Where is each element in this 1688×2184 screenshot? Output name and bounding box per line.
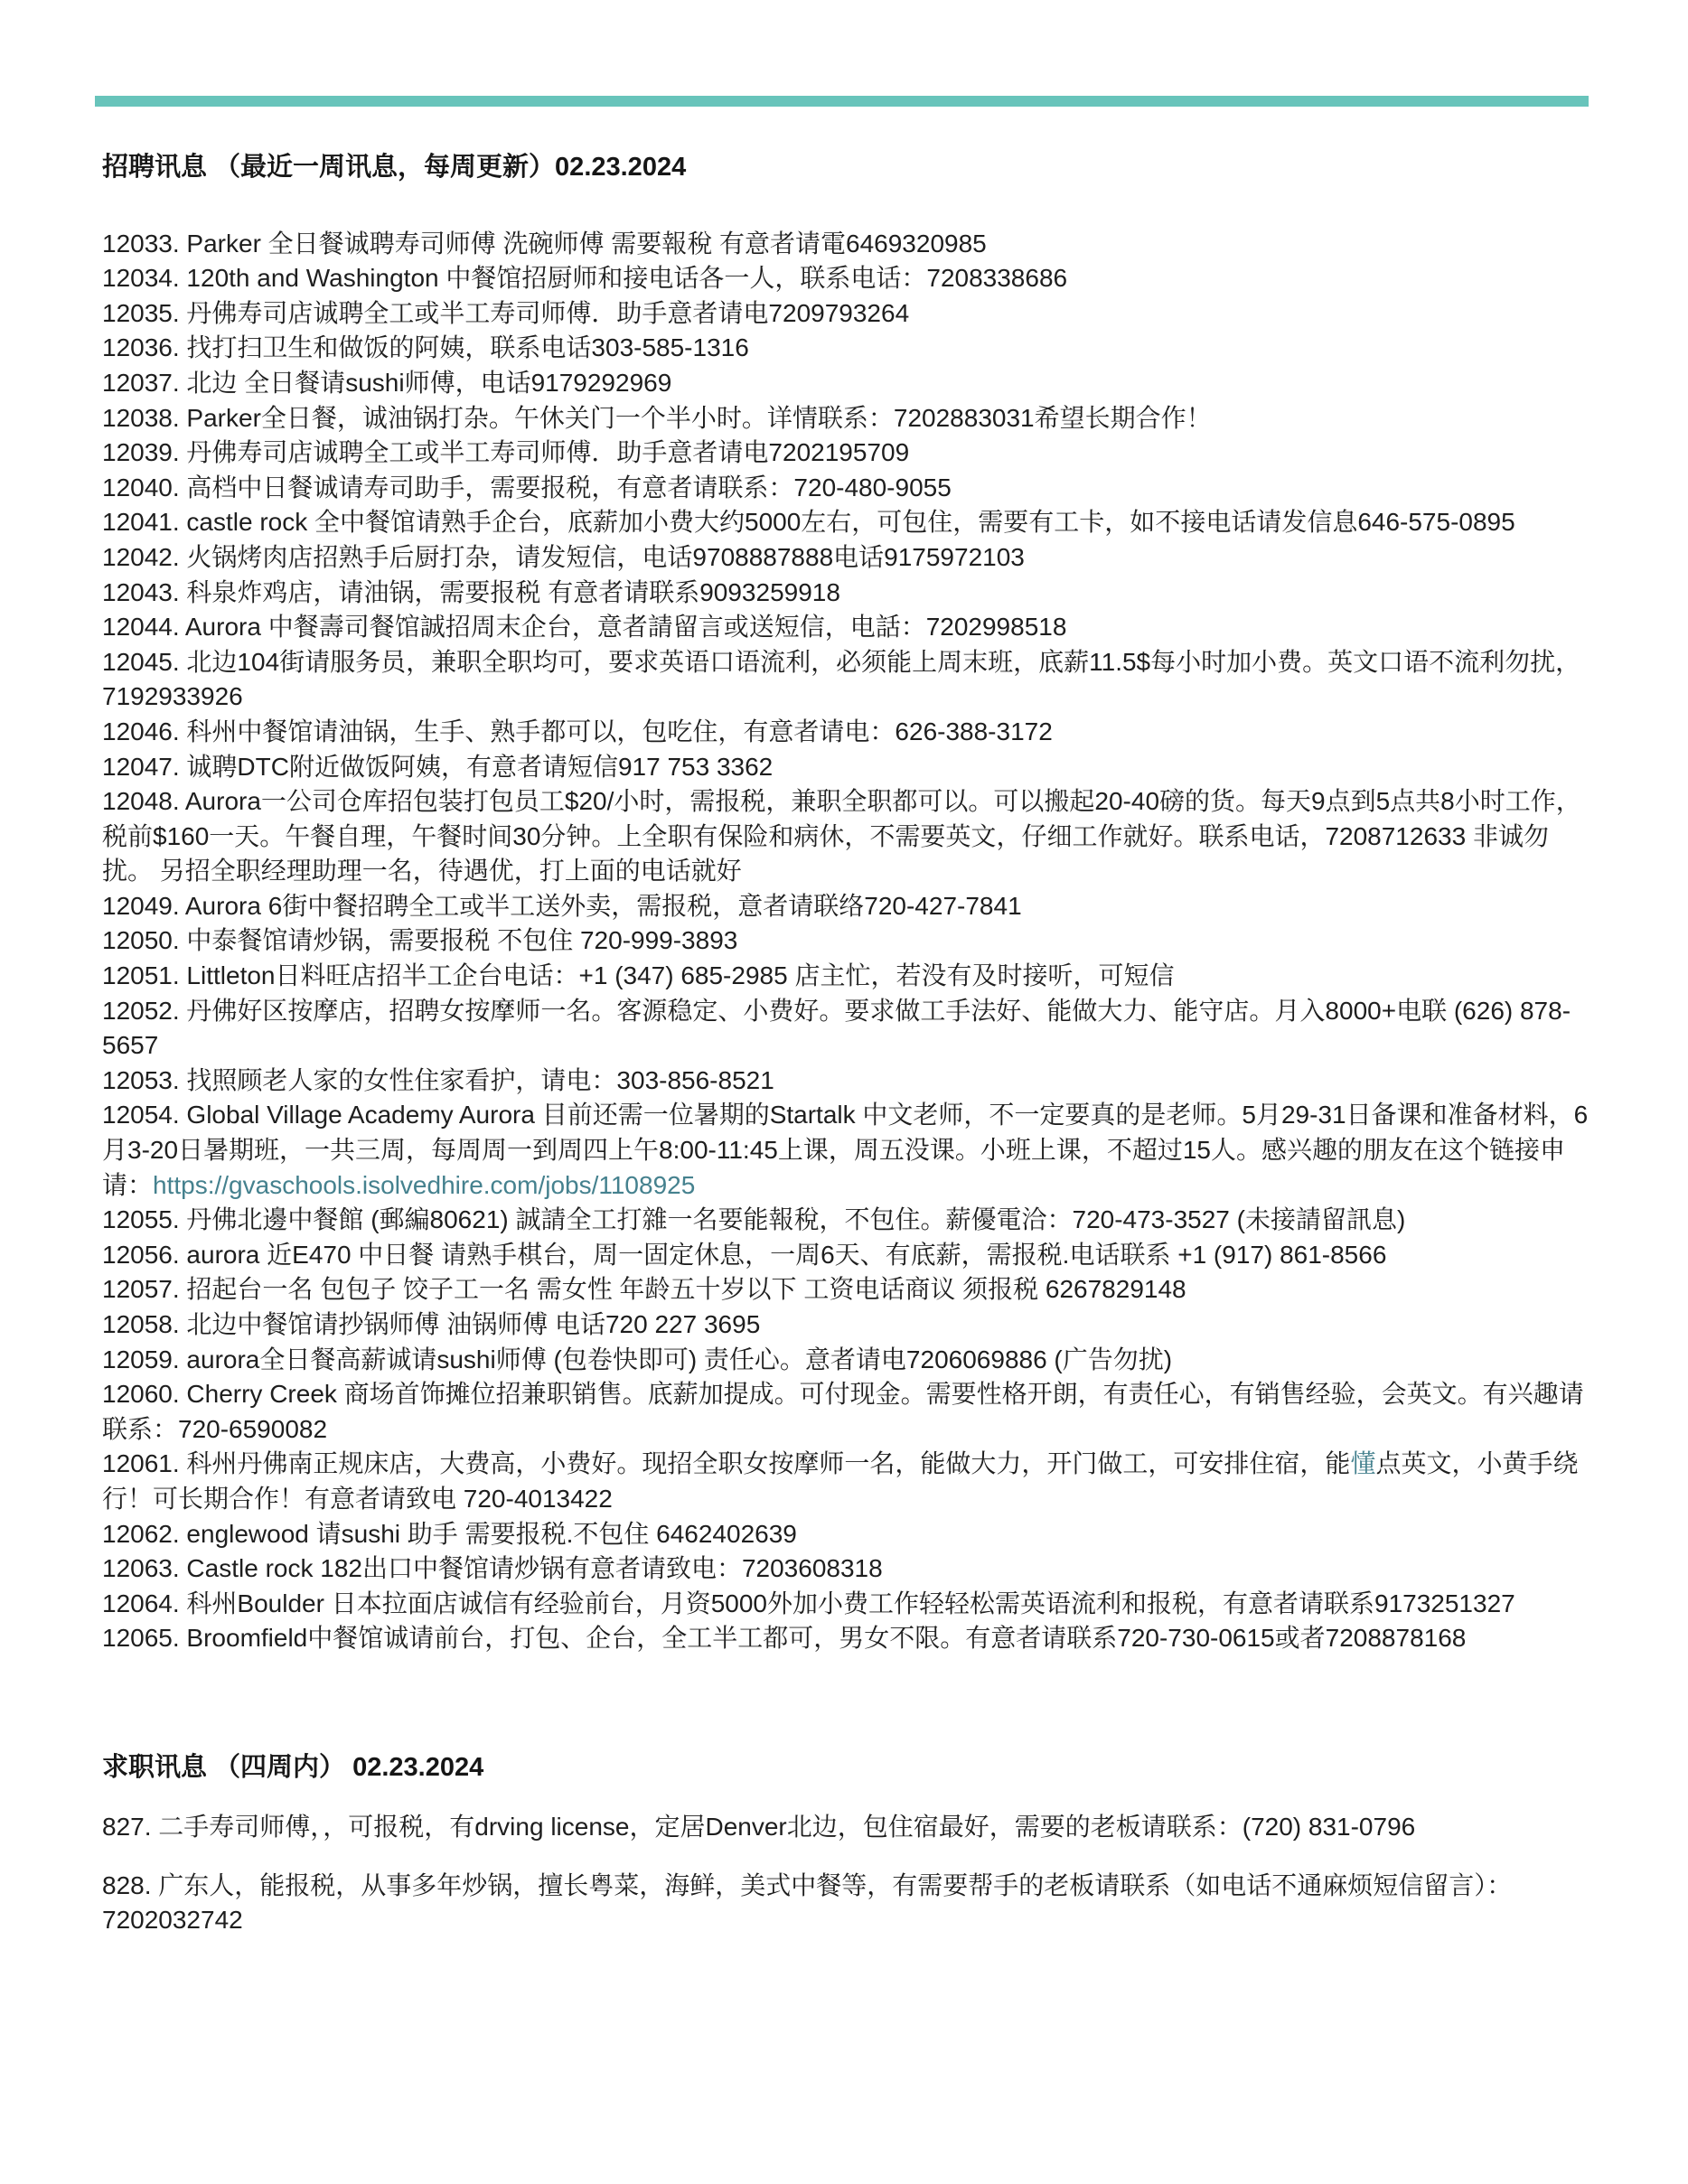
job-listing: 12040. 高档中日餐诚请寿司助手，需要报税，有意者请联系：720-480-9…: [102, 471, 1591, 506]
job-listing: 12045. 北边104街请服务员，兼职全职均可，要求英语口语流利，必须能上周末…: [102, 645, 1591, 715]
job-listing: 12054. Global Village Academy Aurora 目前还…: [102, 1098, 1591, 1203]
seeking-section-title: 求职讯息 （四周内） 02.23.2024: [102, 1750, 1591, 1786]
page-content: 招聘讯息 （最近一周讯息，每周更新）02.23.2024 12033. Park…: [102, 150, 1591, 1962]
job-listing: 12047. 诚聘DTC附近做饭阿姨，有意者请短信917 753 3362: [102, 750, 1591, 785]
job-listing: 12057. 招起台一名 包包子 饺子工一名 需女性 年龄五十岁以下 工资电话商…: [102, 1272, 1591, 1308]
job-listing: 12064. 科州Boulder 日本拉面店诚信有经验前台，月资5000外加小费…: [102, 1587, 1591, 1622]
job-listing: 12035. 丹佛寿司店诚聘全工或半工寿司师傅．助手意者请电7209793264: [102, 296, 1591, 332]
job-listing: 12048. Aurora一公司仓库招包装打包员工$20/小时，需报税，兼职全职…: [102, 784, 1591, 889]
job-listing: 12049. Aurora 6街中餐招聘全工或半工送外卖，需报税，意者请联络72…: [102, 889, 1591, 924]
job-listing: 12055. 丹佛北邊中餐館 (郵編80621) 誠請全工打雜一名要能報稅，不包…: [102, 1203, 1591, 1238]
job-listing: 12052. 丹佛好区按摩店，招聘女按摩师一名。客源稳定、小费好。要求做工手法好…: [102, 994, 1591, 1064]
job-listing: 12034. 120th and Washington 中餐馆招厨师和接电话各一…: [102, 261, 1591, 296]
top-divider-bar: [95, 96, 1589, 107]
hiring-section-title: 招聘讯息 （最近一周讯息，每周更新）02.23.2024: [102, 150, 1591, 185]
job-listing: 12038. Parker全日餐，诚油锅打杂。午休关门一个半小时。详情联系：72…: [102, 401, 1591, 436]
hiring-listings: 12033. Parker 全日餐诚聘寿司师傅 洗碗师傅 需要報稅 有意者请電6…: [102, 227, 1591, 1656]
job-listing: 12063. Castle rock 182出口中餐馆请炒锅有意者请致电：720…: [102, 1551, 1591, 1587]
highlighted-char: 懂: [1350, 1449, 1375, 1477]
job-listing: 12058. 北边中餐馆请抄锅师傅 油锅师傅 电话720 227 3695: [102, 1308, 1591, 1343]
job-listing: 12039. 丹佛寿司店诚聘全工或半工寿司师傅．助手意者请电7202195709: [102, 436, 1591, 471]
job-listing: 12056. aurora 近E470 中日餐 请熟手棋台，周一固定休息，一周6…: [102, 1238, 1591, 1273]
job-listing: 12033. Parker 全日餐诚聘寿司师傅 洗碗师傅 需要報稅 有意者请電6…: [102, 227, 1591, 262]
job-listing: 12036. 找打扫卫生和做饭的阿姨，联系电话303-585-1316: [102, 331, 1591, 366]
job-listing: 12051. Littleton日料旺店招半工企台电话：+1 (347) 685…: [102, 959, 1591, 994]
job-listing: 12061. 科州丹佛南正规床店，大费高，小费好。现招全职女按摩师一名，能做大力…: [102, 1447, 1591, 1516]
job-listing: 12059. aurora全日餐高薪诚请sushi师傅 (包卷快即可) 责任心。…: [102, 1343, 1591, 1378]
job-listing: 12043. 科泉炸鸡店，请油锅，需要报税 有意者请联系9093259918: [102, 576, 1591, 611]
job-listing: 12065. Broomfield中餐馆诚请前台，打包、企台，全工半工都可，男女…: [102, 1621, 1591, 1656]
job-listing: 828. 广东人，能报税，从事多年炒锅，擅长粤菜，海鲜，美式中餐等，有需要帮手的…: [102, 1869, 1591, 1938]
job-listing: 12060. Cherry Creek 商场首饰摊位招兼职销售。底薪加提成。可付…: [102, 1377, 1591, 1447]
job-listing: 12037. 北边 全日餐请sushi师傅，电话9179292969: [102, 366, 1591, 401]
job-listing: 12062. englewood 请sushi 助手 需要报税.不包住 6462…: [102, 1517, 1591, 1552]
job-listing: 12053. 找照顾老人家的女性住家看护，请电：303-856-8521: [102, 1064, 1591, 1099]
job-listing: 12041. castle rock 全中餐馆请熟手企台，底薪加小费大约5000…: [102, 505, 1591, 540]
document-page: 招聘讯息 （最近一周讯息，每周更新）02.23.2024 12033. Park…: [0, 0, 1688, 2184]
job-listing: 12042. 火锅烤肉店招熟手后厨打杂，请发短信，电话9708887888电话9…: [102, 540, 1591, 576]
seeking-listings: 827. 二手寿司师傅，，可报税，有drving license，定居Denve…: [102, 1810, 1591, 1938]
job-listing: 12050. 中泰餐馆请炒锅，需要报税 不包住 720-999-3893: [102, 923, 1591, 959]
job-listing: 827. 二手寿司师傅，，可报税，有drving license，定居Denve…: [102, 1810, 1591, 1845]
job-listing: 12046. 科州中餐馆请油锅，生手、熟手都可以，包吃住，有意者请电：626-3…: [102, 715, 1591, 750]
listing-link[interactable]: https://gvaschools.isolvedhire.com/jobs/…: [153, 1171, 695, 1199]
job-listing: 12044. Aurora 中餐壽司餐馆誠招周末企台，意者請留言或送短信，电話：…: [102, 610, 1591, 645]
